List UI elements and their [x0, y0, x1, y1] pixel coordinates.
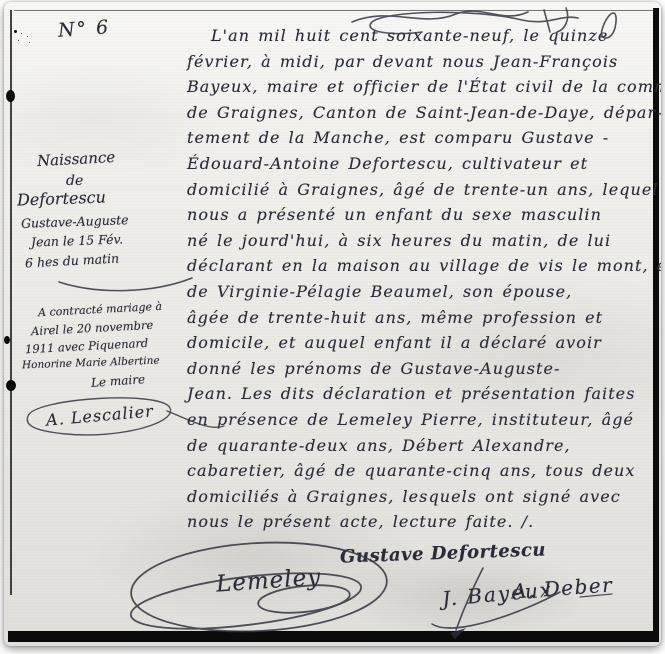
body-line: de quarante-deux ans, Débert Alexandre,	[187, 433, 661, 459]
record-number: N° 6	[57, 16, 111, 42]
margin-note-line: 6 hes du matin	[25, 251, 120, 271]
signature-declarant: Gustave Defortescu	[340, 539, 547, 567]
body-line: L'an mil huit cent soixante-neuf, le qui…	[187, 23, 661, 49]
ink-blot	[4, 336, 10, 344]
page-edge-bottom	[8, 631, 659, 642]
scan-page: N° 6 Naissance de Defortescu Gustave-Aug…	[4, 2, 661, 646]
margin-underline-flourish	[59, 278, 192, 291]
body-line: de Virginie-Pélagie Beaumel, son épouse,	[187, 279, 661, 305]
margin-note-line: Defortescu	[17, 187, 106, 209]
ink-speckles	[14, 30, 17, 33]
body-line: domiciliés à Graignes, lesquels ont sign…	[187, 484, 661, 510]
margin-note-line: de	[66, 173, 83, 189]
body-line: domicile, et auquel enfant il a déclaré …	[187, 330, 661, 356]
body-line: février, à midi, par devant nous Jean-Fr…	[187, 49, 661, 75]
margin-note-line: 1911 avec Piquenard	[25, 336, 149, 356]
body-line: âgée de trente-huit ans, même profession…	[187, 305, 661, 331]
margin-note-line: Jean le 15 Fév.	[31, 231, 124, 249]
page-edge-top	[14, 10, 654, 11]
signature-witness-lemeley: Lemeley	[215, 564, 322, 597]
body-line: Édouard-Antoine Defortescu, cultivateur …	[187, 151, 661, 177]
mayor-label: Le maire	[91, 372, 146, 390]
margin-note-line: Gustave-Auguste	[21, 212, 129, 231]
margin-note-line: A contracté mariage à	[38, 300, 163, 319]
mayor-signature: A. Lescalier	[45, 401, 154, 429]
margin-note-line: Airel le 20 novembre	[31, 318, 154, 338]
ink-blot	[6, 380, 16, 391]
act-body-text: L'an mil huit cent soixante-neuf, le qui…	[187, 23, 661, 535]
body-line: de Graignes, Canton de Saint-Jean-de-Day…	[187, 100, 661, 126]
body-line: nous le présent acte, lecture faite. /.	[187, 509, 661, 535]
margin-note-line: Naissance	[37, 148, 116, 170]
body-line: Jean. Les dits déclaration et présentati…	[187, 381, 661, 407]
body-line: cabaretier, âgé de quarante-cinq ans, to…	[187, 458, 661, 484]
body-line: tement de la Manche, est comparu Gustave…	[187, 125, 661, 151]
body-line: domicilié à Graignes, âgé de trente-un a…	[187, 177, 661, 203]
screenshot-root: N° 6 Naissance de Defortescu Gustave-Aug…	[0, 0, 665, 654]
ink-blot	[6, 90, 15, 102]
signature-witness-deber: A. Deber	[511, 572, 614, 603]
body-line: nous a présenté un enfant du sexe mascul…	[187, 202, 661, 228]
margin-note-line: Honorine Marie Albertine	[22, 355, 160, 372]
body-line: en présence de Lemeley Pierre, institute…	[187, 407, 661, 433]
body-line: né le jourd'hui, à six heures du matin, …	[187, 228, 661, 254]
body-line: donné les prénoms de Gustave-Auguste-	[187, 356, 661, 382]
body-line: déclarant en la maison au village de vis…	[187, 253, 661, 279]
body-line: Bayeux, maire et officier de l'État civi…	[187, 74, 661, 100]
